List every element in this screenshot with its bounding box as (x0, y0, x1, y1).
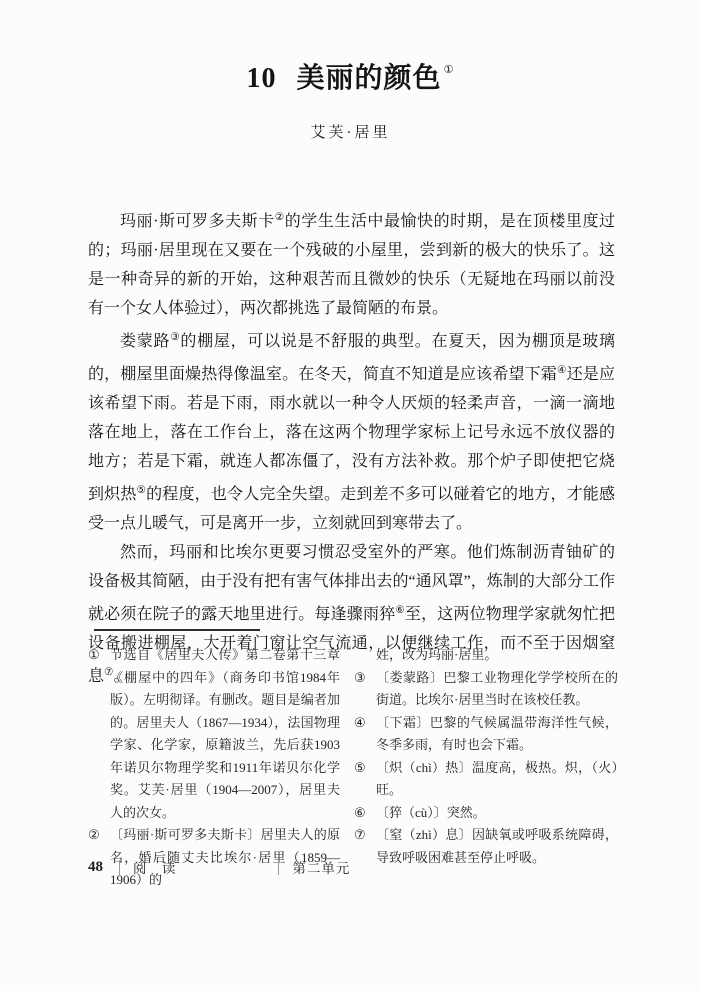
footnote-columns: ①节选自《居里夫人传》第二卷第十三章《棚屋中的四年》（商务印书馆1984年版）。… (88, 644, 618, 892)
unit-label: 第二单元 (292, 857, 350, 877)
footer-divider-bar (278, 860, 279, 875)
footnote-text: 节选自《居里夫人传》第二卷第十三章《棚屋中的四年》（商务印书馆1984年版）。左… (110, 644, 340, 824)
footnote-marker (354, 644, 376, 667)
footnote-marker: ⑦ (354, 824, 376, 869)
footnote-item: 姓，改为玛丽·居里。 (354, 644, 618, 667)
footnote-ref: ③ (170, 332, 180, 343)
footnote-ref: ⑤ (137, 485, 147, 496)
footnote-marker: ⑥ (354, 802, 376, 825)
footnote-text: 姓，改为玛丽·居里。 (376, 644, 618, 667)
paragraph: 玛丽·斯可罗多夫斯卡②的学生生活中最愉快的时期，是在顶楼里度过的；玛丽·居里现在… (88, 203, 615, 323)
page-footer: 48 阅 读 第二单元 (88, 857, 350, 877)
footnote-marker: ③ (354, 667, 376, 712)
footnotes: ①节选自《居里夫人传》第二卷第十三章《棚屋中的四年》（商务印书馆1984年版）。… (88, 629, 618, 892)
footnote-item: ⑥〔猝（cù）〕突然。 (354, 802, 618, 825)
body-text: 玛丽·斯可罗多夫斯卡②的学生生活中最愉快的时期，是在顶楼里度过的；玛丽·居里现在… (88, 203, 615, 691)
footnote-column-right: 姓，改为玛丽·居里。③〔娄蒙路〕巴黎工业物理化学学校所在的街道。比埃尔·居里当时… (354, 644, 618, 892)
lesson-number: 10 (247, 63, 277, 94)
footnote-item: ④〔下霜〕巴黎的气候属温带海洋性气候，冬季多雨，有时也会下霜。 (354, 712, 618, 757)
footnote-text: 〔娄蒙路〕巴黎工业物理化学学校所在的街道。比埃尔·居里当时在该校任教。 (376, 667, 618, 712)
author: 艾芙·居里 (0, 121, 701, 142)
footnote-text: 〔炽（chì）热〕温度高，极热。炽，（火）旺。 (376, 757, 618, 802)
footnote-ref: ② (275, 212, 285, 223)
footnote-item: ①节选自《居里夫人传》第二卷第十三章《棚屋中的四年》（商务印书馆1984年版）。… (88, 644, 340, 824)
section-label: 阅 读 (133, 857, 181, 877)
footnote-text: 〔下霜〕巴黎的气候属温带海洋性气候，冬季多雨，有时也会下霜。 (376, 712, 618, 757)
paragraph: 娄蒙路③的棚屋，可以说是不舒服的典型。在夏天，因为棚顶是玻璃的，棚屋里面燥热得像… (88, 323, 615, 538)
footnote-marker: ⑤ (354, 757, 376, 802)
page-title: 10美丽的颜色① (0, 56, 701, 96)
footnote-marker: ④ (354, 712, 376, 757)
title-footnote-ref: ① (444, 64, 455, 76)
footer-divider-bar (119, 860, 120, 875)
footnote-text: 〔窒（zhì）息〕因缺氧或呼吸系统障碍，导致呼吸困难甚至停止呼吸。 (376, 824, 618, 869)
footnote-item: ⑤〔炽（chì）热〕温度高，极热。炽，（火）旺。 (354, 757, 618, 802)
footnote-item: ③〔娄蒙路〕巴黎工业物理化学学校所在的街道。比埃尔·居里当时在该校任教。 (354, 667, 618, 712)
footnote-marker: ① (88, 644, 110, 824)
footnote-text: 〔猝（cù）〕突然。 (376, 802, 618, 825)
textbook-page: 10美丽的颜色① 艾芙·居里 玛丽·斯可罗多夫斯卡②的学生生活中最愉快的时期，是… (0, 0, 701, 991)
footnote-ref: ⑥ (395, 605, 405, 616)
footnote-item: ⑦〔窒（zhì）息〕因缺氧或呼吸系统障碍，导致呼吸困难甚至停止呼吸。 (354, 824, 618, 869)
footnote-ref: ④ (557, 365, 567, 376)
lesson-title: 美丽的颜色 (297, 63, 442, 94)
footnote-divider (94, 629, 260, 631)
page-number: 48 (88, 859, 103, 876)
footnote-column-left: ①节选自《居里夫人传》第二卷第十三章《棚屋中的四年》（商务印书馆1984年版）。… (88, 644, 340, 892)
